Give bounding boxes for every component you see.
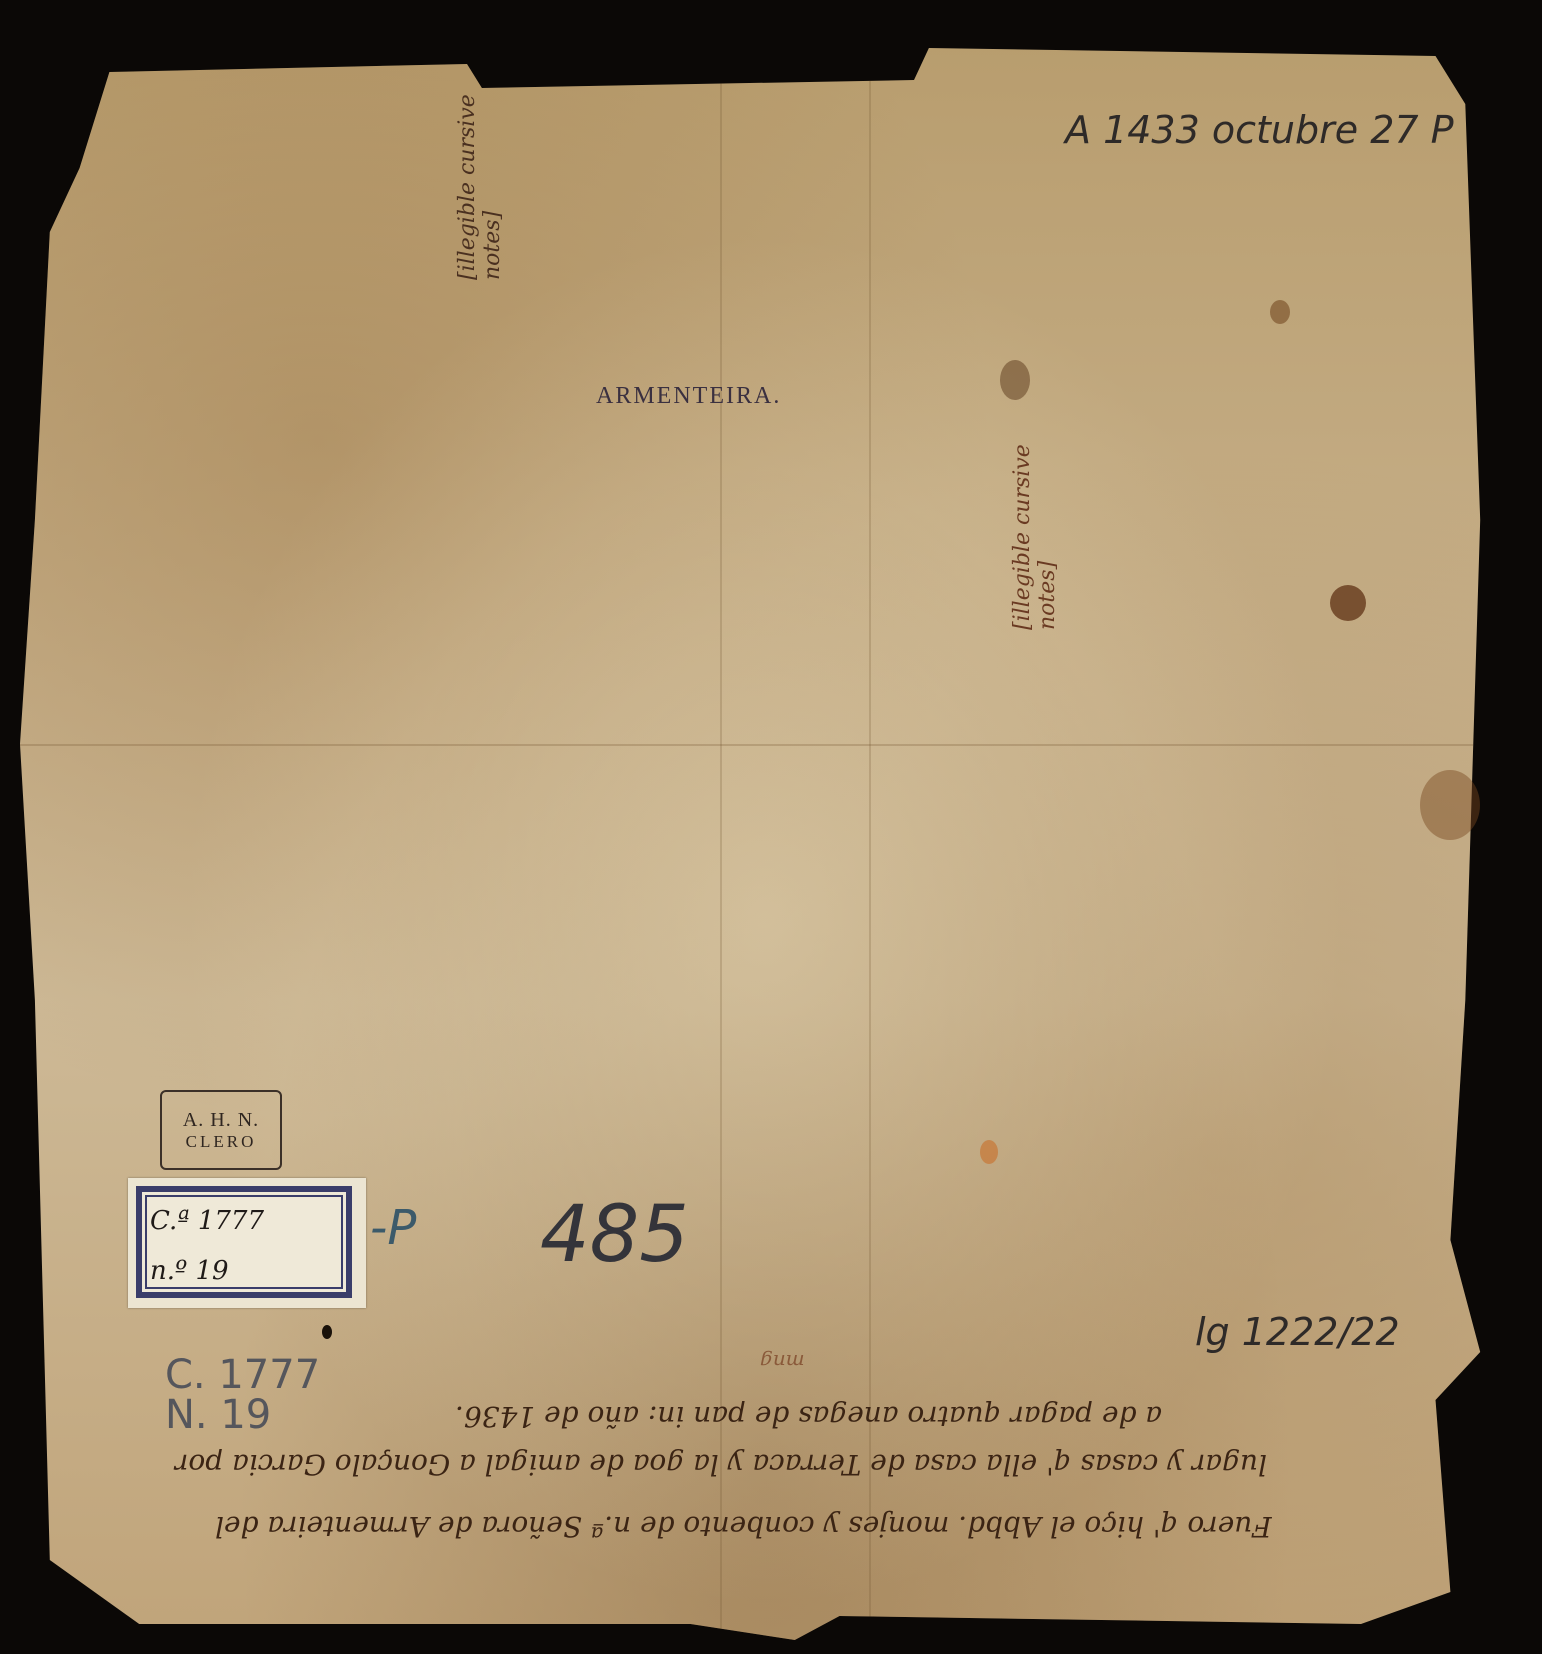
vertical-notes-right: [illegible cursive notes]	[1010, 430, 1060, 630]
pencil-signature-line-1: C. 1777	[165, 1355, 320, 1395]
stamp-line-1: A. H. N.	[183, 1109, 259, 1132]
inverted-summary-line-2: lugar y casas q' ella casa de Terraca y …	[175, 1448, 1267, 1481]
pencil-ref-number: 485	[540, 1190, 689, 1280]
vertical-notes-top: [illegible cursive notes]	[455, 70, 505, 280]
punch-hole	[322, 1325, 332, 1339]
stain	[1420, 770, 1480, 840]
stain	[1000, 360, 1030, 400]
pencil-ref-blue: -P	[370, 1200, 416, 1256]
label-carpeta: C.ª 1777	[150, 1206, 264, 1236]
label-numero: n.º 19	[150, 1256, 229, 1286]
archive-label: C.ª 1777 n.º 19	[128, 1178, 366, 1308]
stain	[980, 1140, 998, 1164]
legajo-note: lg 1222/22	[1195, 1310, 1400, 1354]
stain	[1330, 585, 1366, 621]
pencil-signature-line-2: N. 19	[165, 1395, 320, 1435]
stamp-line-2: CLERO	[186, 1132, 257, 1152]
stain	[1270, 300, 1290, 324]
printed-title: ARMENTEIRA.	[596, 383, 781, 410]
fold-line-horizontal	[20, 744, 1510, 746]
ahn-clero-stamp: A. H. N. CLERO	[160, 1090, 282, 1170]
pencil-signature: C. 1777 N. 19	[165, 1355, 320, 1435]
inverted-summary-line-3: Fuero q' hiço el Abbd. monjes y conbento…	[215, 1510, 1272, 1543]
small-red-note: mng	[760, 1350, 805, 1374]
date-note: A 1433 octubre 27 P	[1065, 108, 1454, 152]
inverted-summary-line-1: a de pagar quatro anegas de pan in: año …	[455, 1400, 1162, 1433]
